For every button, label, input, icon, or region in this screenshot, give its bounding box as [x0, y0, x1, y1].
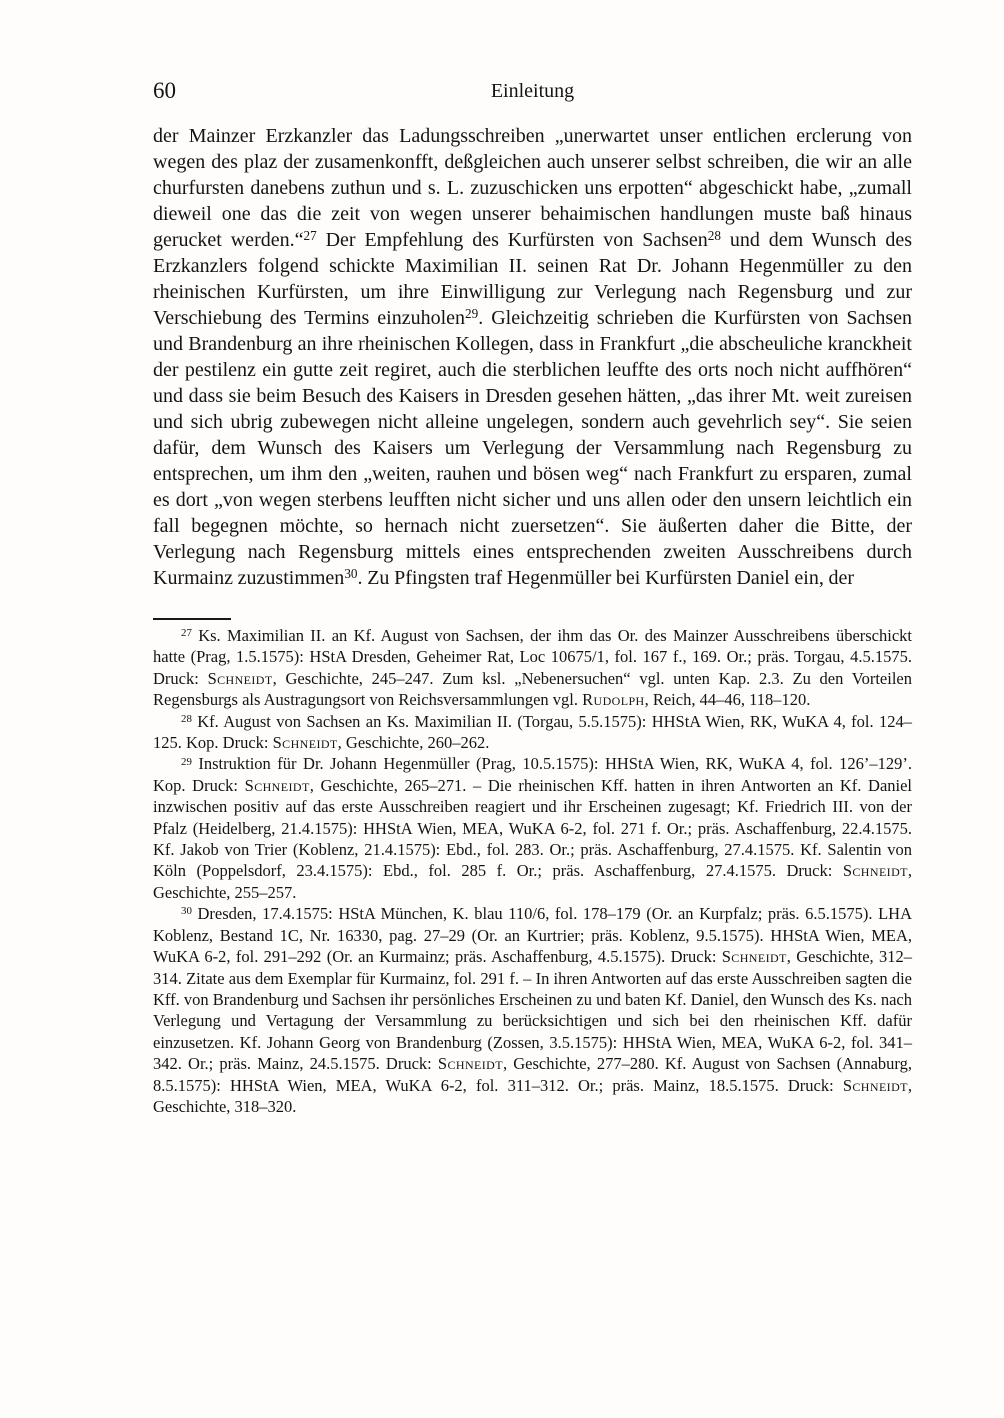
footnote-separator-rule: [153, 618, 231, 620]
footnote-ref: 27: [303, 228, 316, 243]
footnote-ref: 29: [465, 306, 478, 321]
page-number: 60: [153, 78, 176, 104]
footnote-ref: 30: [344, 566, 357, 581]
small-caps-author: Schneidt: [208, 669, 273, 688]
footnote: 27 Ks. Maximilian II. an Kf. August von …: [153, 625, 912, 711]
footnote: 30 Dresden, 17.4.1575: HStA München, K. …: [153, 903, 912, 1117]
footnote-number: 30: [181, 905, 192, 917]
small-caps-author: Schneidt: [273, 733, 338, 752]
footnote: 28 Kf. August von Sachsen an Ks. Maximil…: [153, 711, 912, 754]
footnote: 29 Instruktion für Dr. Johann Hegenmülle…: [153, 753, 912, 903]
small-caps-author: Schneidt: [722, 947, 787, 966]
footnote-number: 28: [181, 713, 192, 725]
small-caps-author: Schneidt: [438, 1054, 503, 1073]
book-page: 60 Einleitung der Mainzer Erzkanzler das…: [0, 0, 1004, 1418]
small-caps-author: Schneidt: [843, 1076, 908, 1095]
main-text-paragraph: der Mainzer Erzkanzler das Ladungsschrei…: [153, 123, 912, 591]
footnote-ref: 28: [708, 228, 721, 243]
small-caps-author: Schneidt: [843, 861, 908, 880]
footnote-number: 29: [181, 756, 192, 768]
small-caps-author: Schneidt: [245, 776, 310, 795]
footnote-number: 27: [181, 627, 192, 639]
small-caps-author: Rudolph: [582, 690, 644, 709]
running-head: Einleitung: [153, 78, 912, 104]
footnotes-section: 27 Ks. Maximilian II. an Kf. August von …: [153, 625, 912, 1117]
page-header: 60 Einleitung: [153, 78, 912, 108]
